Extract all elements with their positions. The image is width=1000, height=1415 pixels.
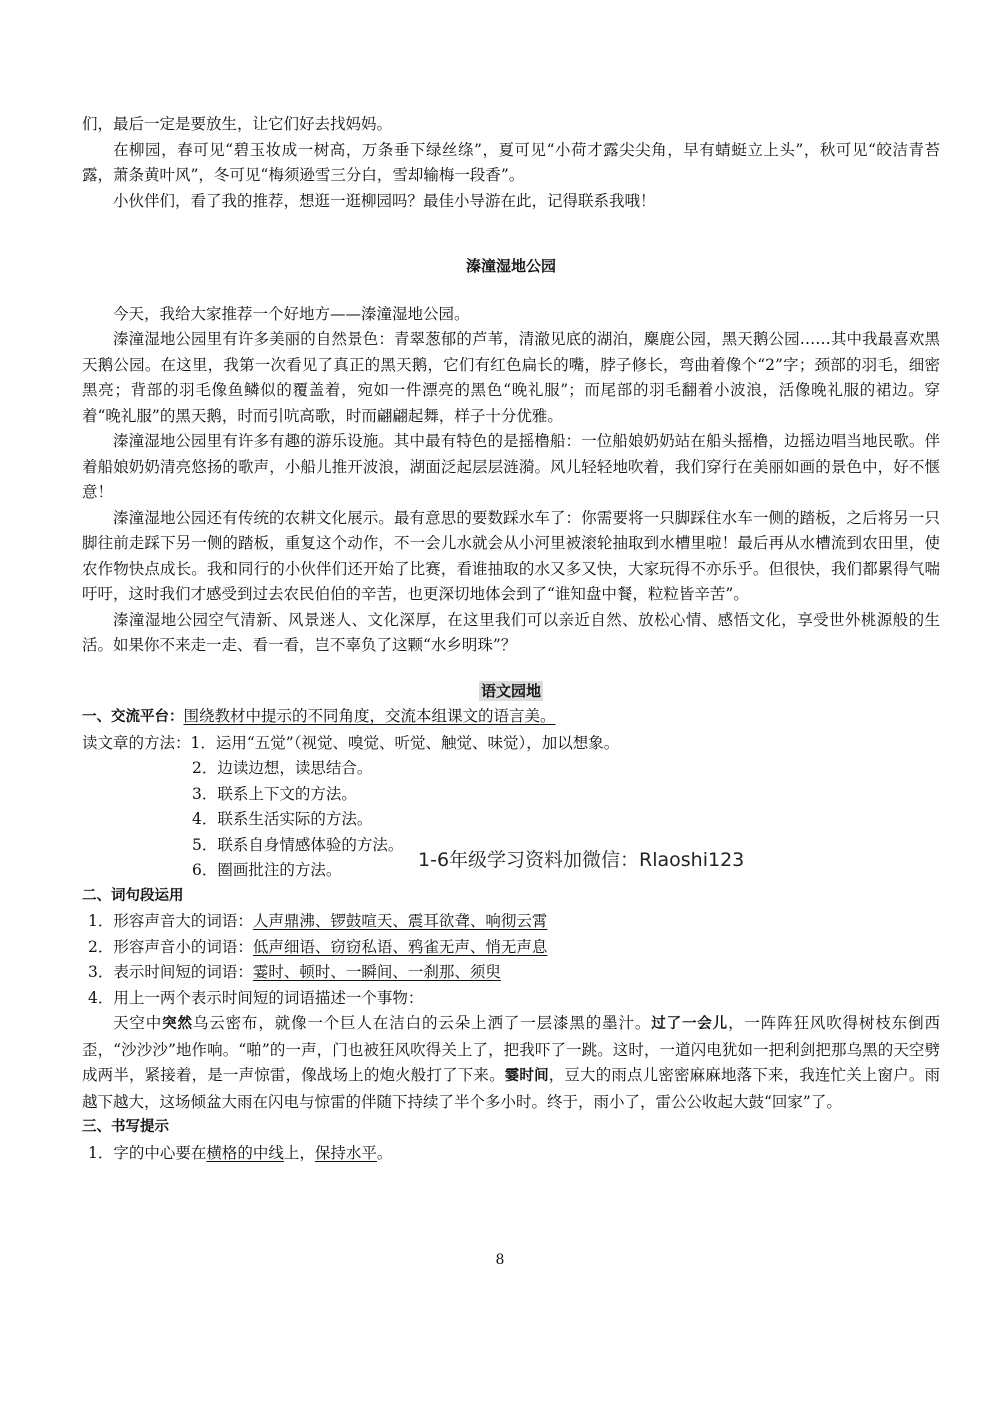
section-title-garden: 语文园地	[82, 679, 940, 705]
section-title-wetland: 溱潼湿地公园	[82, 254, 940, 280]
paragraph: 今天，我给大家推荐一个好地方——溱潼湿地公园。	[82, 302, 940, 328]
document-page: 们，最后一定是要放生，让它们好去找妈妈。 在柳园，春可见“碧玉妆成一树高，万条垂…	[82, 112, 940, 1166]
paragraph: 在柳园，春可见“碧玉妆成一树高，万条垂下绿丝绦”，夏可见“小荷才露尖尖角，早有蜻…	[82, 138, 940, 189]
paragraph: 溱潼湿地公园还有传统的农耕文化展示。最有意思的要数踩水车了：你需要将一只脚踩住水…	[82, 506, 940, 608]
story-paragraph: 天空中突然乌云密布，就像一个巨人在洁白的云朵上洒了一层漆黑的墨汁。过了一会儿，一…	[82, 1011, 940, 1115]
section-heading-words: 二、词句段运用	[82, 884, 940, 910]
method-item: 3．联系上下文的方法。	[192, 782, 940, 808]
paragraph: 溱潼湿地公园空气清新、风景迷人、文化深厚，在这里我们可以亲近自然、放松心情、感悟…	[82, 608, 940, 659]
word-item: 3．表示时间短的词语：霎时、顿时、一瞬间、一刹那、须臾	[82, 960, 940, 986]
paragraph: 小伙伴们，看了我的推荐，想逛一逛柳园吗？最佳小导游在此，记得联系我哦！	[82, 189, 940, 215]
page-number: 8	[0, 1252, 1000, 1268]
watermark-text: 1-6年级学习资料加微信：Rlaoshi123	[418, 845, 744, 872]
exchange-platform: 一、交流平台：围绕教材中提示的不同角度，交流本组课文的语言美。	[82, 704, 940, 731]
paragraph: 溱潼湿地公园里有许多有趣的游乐设施。其中最有特色的是摇橹船：一位船娘奶奶站在船头…	[82, 429, 940, 506]
paragraph: 溱潼湿地公园里有许多美丽的自然景色：青翠葱郁的芦苇，清澈见底的湖泊，麋鹿公园，黑…	[82, 327, 940, 429]
writing-tip: 1．字的中心要在横格的中线上，保持水平。	[82, 1141, 940, 1167]
method-item: 4．联系生活实际的方法。	[192, 807, 940, 833]
section-heading-writing: 三、书写提示	[82, 1115, 940, 1141]
method-item: 2．边读边想，读思结合。	[192, 756, 940, 782]
word-item: 1．形容声音大的词语：人声鼎沸、锣鼓喧天、震耳欲聋、响彻云霄	[82, 909, 940, 935]
word-item: 2．形容声音小的词语：低声细语、窃窃私语、鸦雀无声、悄无声息	[82, 935, 940, 961]
paragraph: 们，最后一定是要放生，让它们好去找妈妈。	[82, 112, 940, 138]
word-item: 4．用上一两个表示时间短的词语描述一个事物：	[82, 986, 940, 1012]
